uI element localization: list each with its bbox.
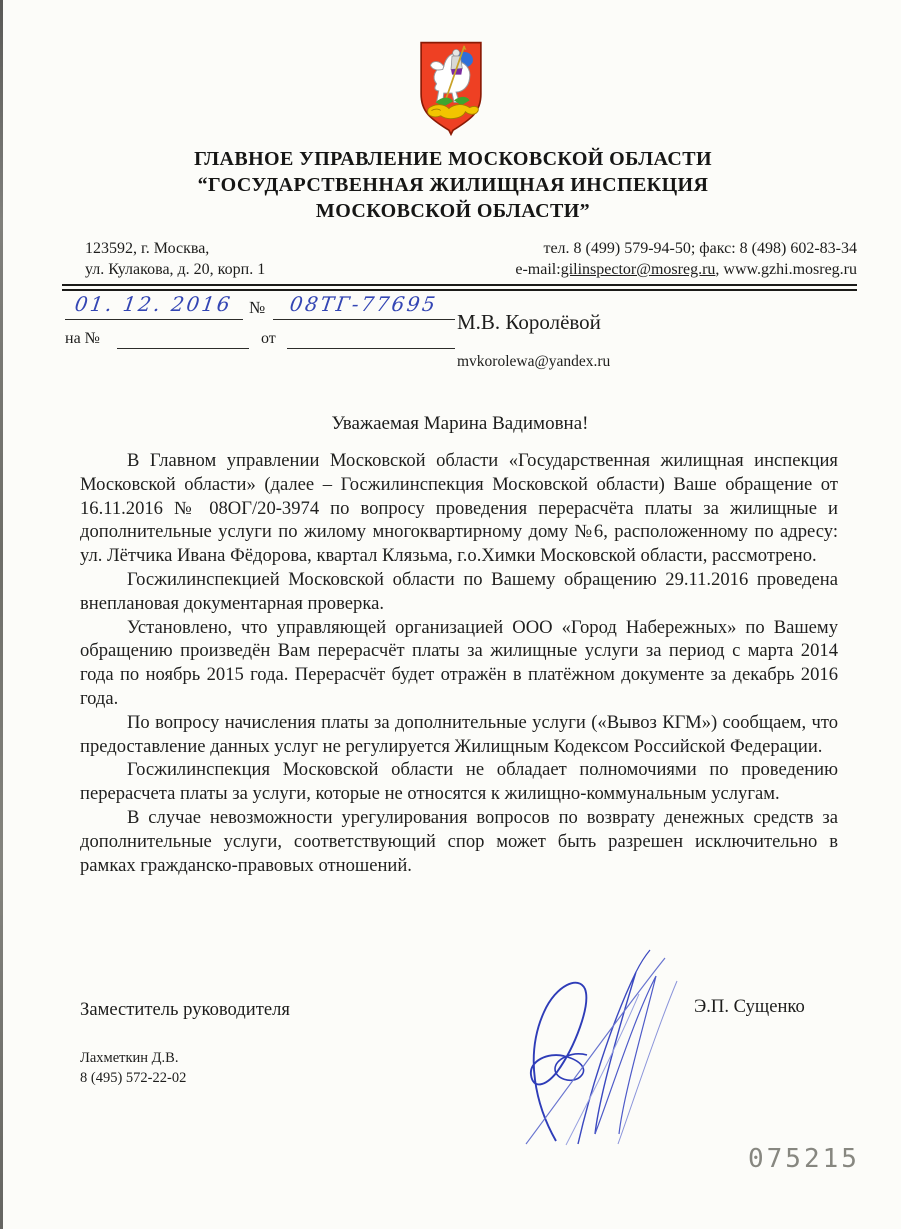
recipient-name: М.В. Королёвой bbox=[457, 310, 601, 335]
address-line2: ул. Кулакова, д. 20, корп. 1 bbox=[85, 259, 265, 280]
email-web-line: e-mail:gilinspector@mosreg.ru, www.gzhi.… bbox=[515, 259, 857, 280]
body-paragraph: Госжилинспекция Московской области не об… bbox=[80, 758, 838, 806]
reply-from-label: от bbox=[261, 330, 276, 348]
signer-name: Э.П. Сущенко bbox=[694, 996, 805, 1018]
handwritten-signature bbox=[468, 938, 700, 1146]
header-divider bbox=[62, 284, 857, 291]
body-paragraph: В Главном управлении Московской области … bbox=[80, 449, 838, 568]
org-website: , www.gzhi.mosreg.ru bbox=[715, 261, 857, 278]
executor-name: Лахметкин Д.В. bbox=[80, 1048, 186, 1068]
incoming-ref-row: на № от bbox=[65, 328, 457, 354]
address-line1: 123592, г. Москва, bbox=[85, 238, 265, 259]
body-paragraph: По вопросу начисления платы за дополните… bbox=[80, 711, 838, 759]
body-paragraph: Установлено, что управляющей организацие… bbox=[80, 616, 838, 711]
number-sign: № bbox=[249, 298, 265, 318]
signer-position: Заместитель руководителя bbox=[80, 999, 290, 1021]
salutation: Уважаемая Марина Вадимовна! bbox=[80, 413, 840, 435]
executor-phone: 8 (495) 572-22-02 bbox=[80, 1068, 186, 1088]
letter-body: В Главном управлении Московской области … bbox=[80, 449, 838, 877]
recipient-email: mvkorolewa@yandex.ru bbox=[457, 353, 610, 371]
outgoing-date-field: 01. 12. 2016 bbox=[65, 292, 243, 320]
reply-no-blank bbox=[117, 328, 249, 349]
org-name-line3: МОСКОВСКОЙ ОБЛАСТИ” bbox=[70, 198, 836, 224]
postal-address: 123592, г. Москва, ул. Кулакова, д. 20, … bbox=[85, 238, 265, 280]
contact-details: тел. 8 (499) 579-94-50; факс: 8 (498) 60… bbox=[515, 238, 857, 280]
org-name-line2: “ГОСУДАРСТВЕННАЯ ЖИЛИЩНАЯ ИНСПЕКЦИЯ bbox=[70, 172, 836, 198]
outgoing-number-field: 08ТГ-77695 bbox=[273, 292, 455, 320]
org-header: ГЛАВНОЕ УПРАВЛЕНИЕ МОСКОВСКОЙ ОБЛАСТИ “Г… bbox=[70, 146, 836, 224]
moscow-oblast-coat-of-arms-icon bbox=[417, 40, 485, 138]
scan-edge-artifact bbox=[0, 0, 3, 1229]
org-email: gilinspector@mosreg.ru bbox=[561, 261, 716, 278]
body-paragraph: В случае невозможности урегулирования во… bbox=[80, 806, 838, 877]
email-prefix: e-mail: bbox=[515, 261, 560, 278]
letter-page: ГЛАВНОЕ УПРАВЛЕНИЕ МОСКОВСКОЙ ОБЛАСТИ “Г… bbox=[0, 0, 901, 1229]
reply-no-label: на № bbox=[65, 330, 100, 348]
stamp-number: 075215 bbox=[748, 1144, 860, 1174]
reply-from-blank bbox=[287, 328, 455, 349]
outgoing-ref-row: 01. 12. 2016 № 08ТГ-77695 bbox=[65, 292, 457, 322]
handwritten-number: 08ТГ-77695 bbox=[289, 292, 440, 316]
executor-block: Лахметкин Д.В. 8 (495) 572-22-02 bbox=[80, 1048, 186, 1088]
body-paragraph: Госжилинспекцией Московской области по В… bbox=[80, 568, 838, 616]
handwritten-date: 01. 12. 2016 bbox=[74, 292, 235, 316]
reference-block: 01. 12. 2016 № 08ТГ-77695 на № от bbox=[65, 292, 457, 354]
org-name-line1: ГЛАВНОЕ УПРАВЛЕНИЕ МОСКОВСКОЙ ОБЛАСТИ bbox=[70, 146, 836, 172]
phone-fax-line: тел. 8 (499) 579-94-50; факс: 8 (498) 60… bbox=[515, 238, 857, 259]
